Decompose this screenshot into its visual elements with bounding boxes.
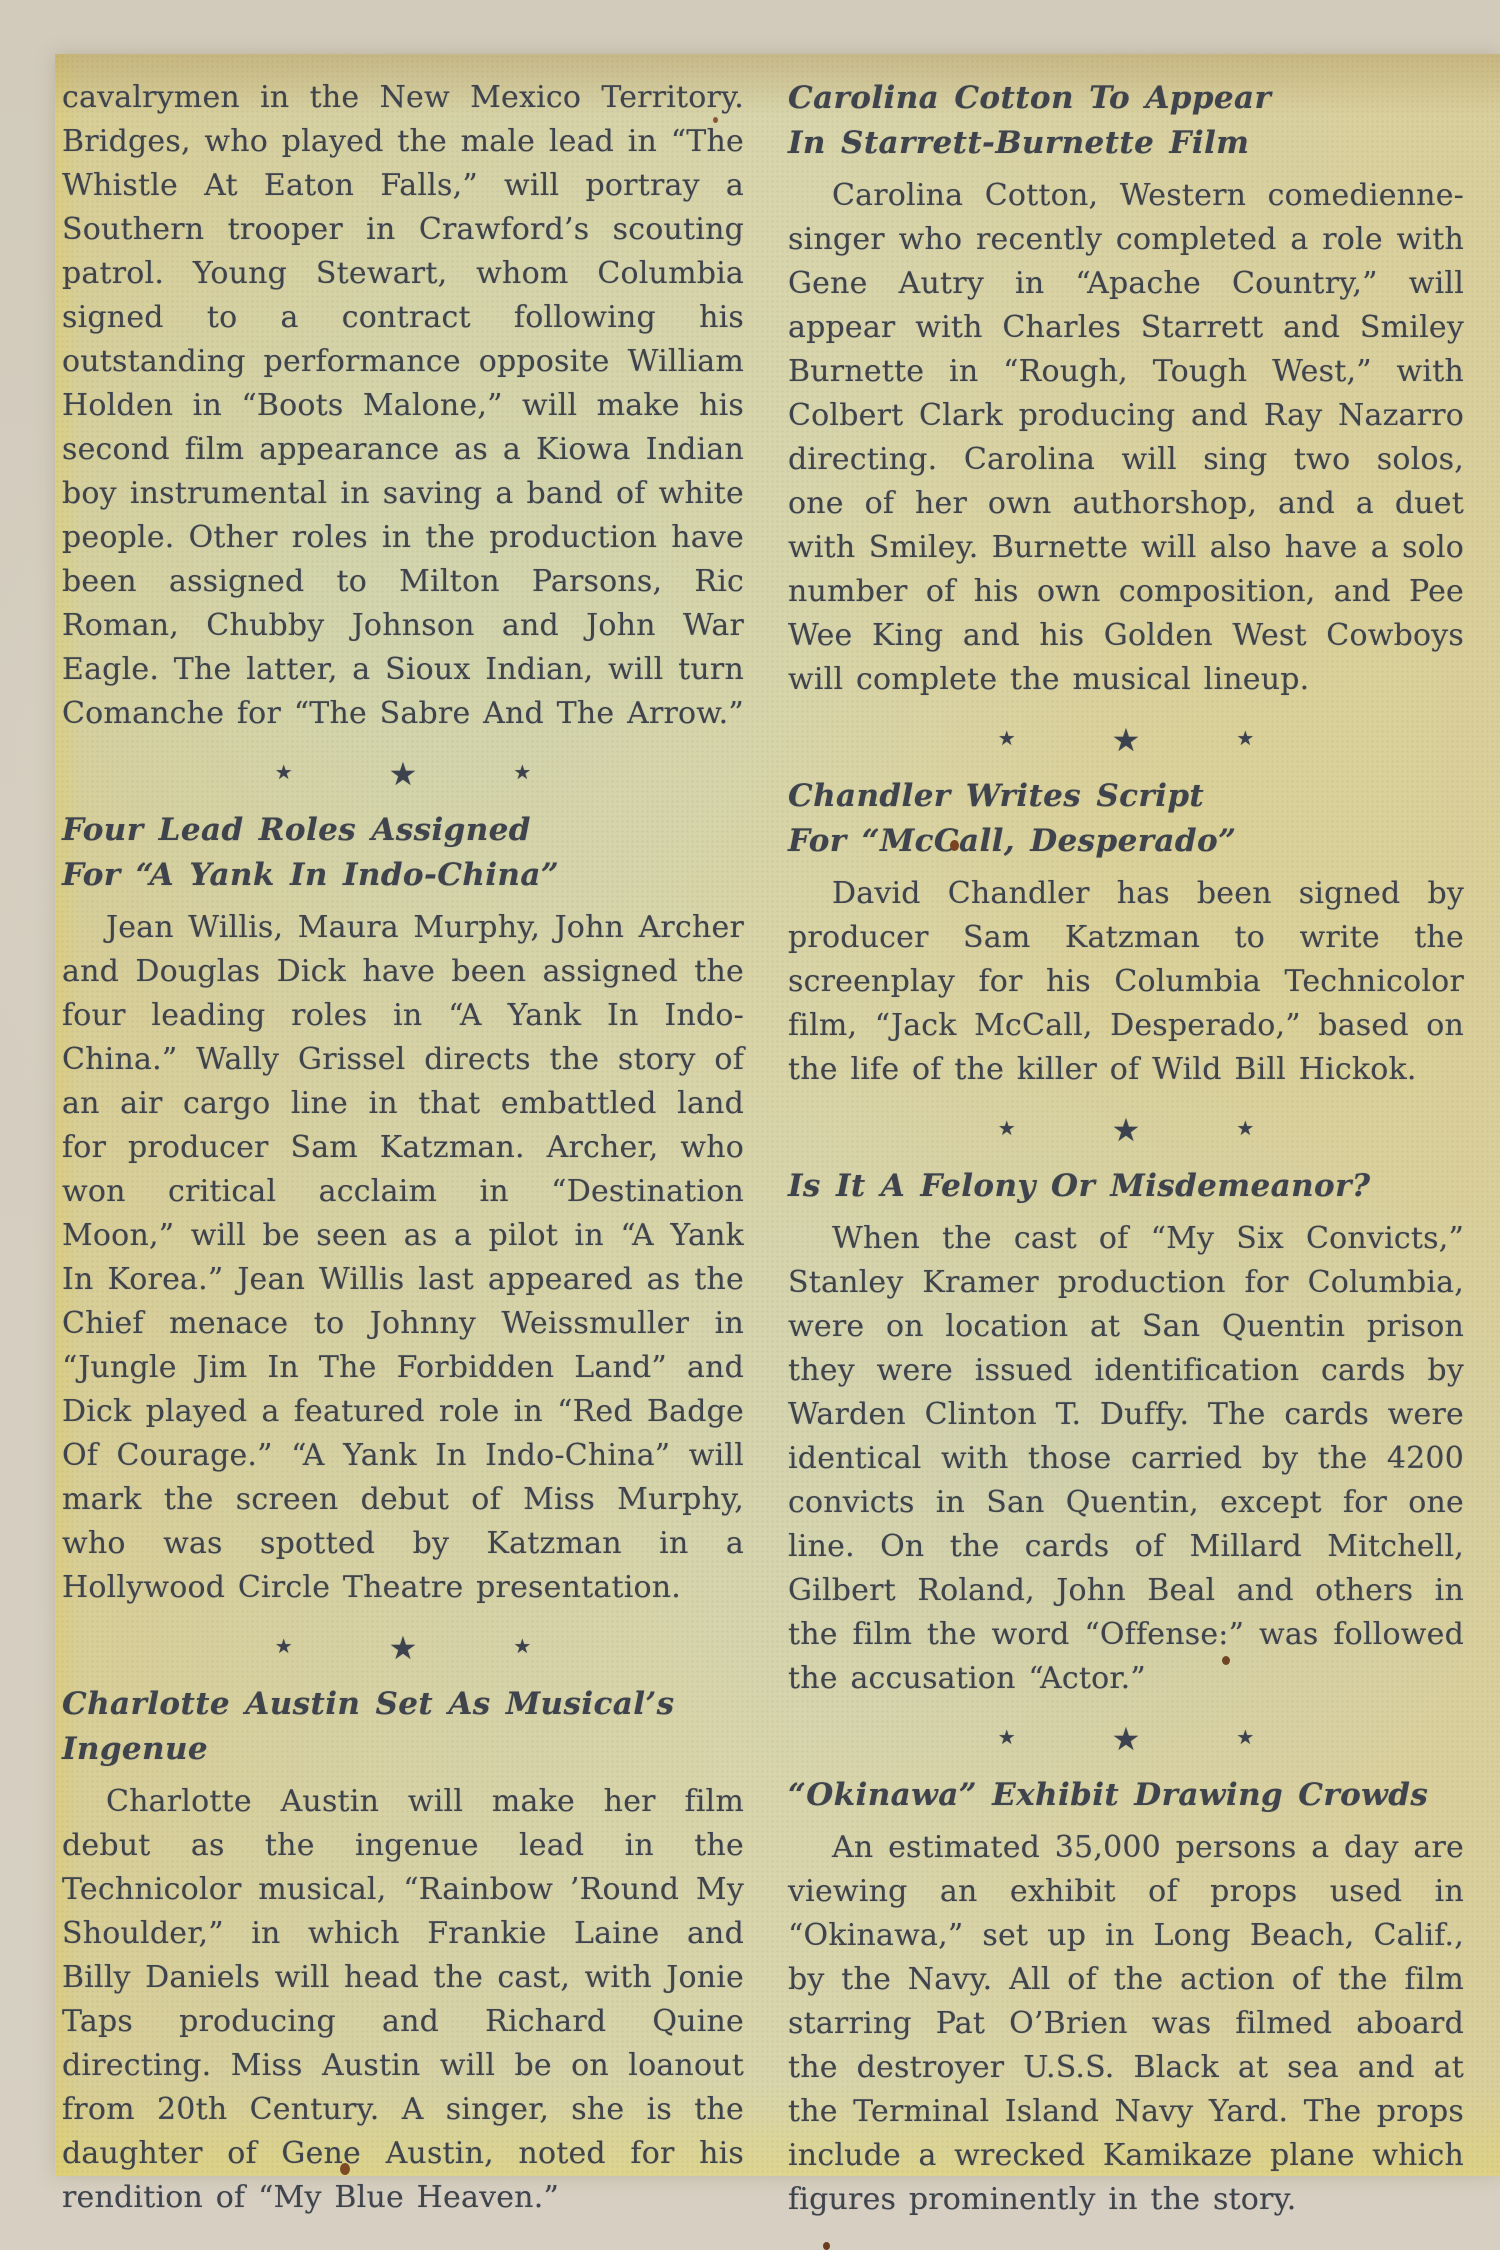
star-icon: ★ bbox=[998, 728, 1016, 748]
headline-line: “Okinawa” Exhibit Drawing Crowds bbox=[788, 1773, 1464, 1818]
star-separator: ★ ★ ★ bbox=[788, 1717, 1464, 1761]
article-section: Is It A Felony Or Misdemeanor? When the … bbox=[788, 1164, 1464, 1701]
article-section: Carolina Cotton To Appear In Starrett-Bu… bbox=[788, 76, 1464, 702]
star-icon: ★ bbox=[513, 762, 531, 782]
article-paragraph: An estimated 35,000 persons a day are vi… bbox=[788, 1826, 1464, 2222]
star-separator: ★ ★ ★ bbox=[788, 718, 1464, 762]
star-separator: ★ ★ ★ bbox=[62, 1626, 744, 1670]
headline-line: Four Lead Roles Assigned bbox=[62, 808, 744, 853]
star-icon: ★ bbox=[275, 762, 293, 782]
magazine-page: { "page": { "kind": "vintage film trade … bbox=[0, 0, 1500, 2250]
article-section: Four Lead Roles Assigned For “A Yank In … bbox=[62, 808, 744, 1610]
article-headline: Chandler Writes Script For “McCall, Desp… bbox=[788, 774, 1464, 864]
article-paragraph: When the cast of “My Six Convicts,” Stan… bbox=[788, 1217, 1464, 1701]
article-headline: “Okinawa” Exhibit Drawing Crowds bbox=[788, 1773, 1464, 1818]
article-headline: Carolina Cotton To Appear In Starrett-Bu… bbox=[788, 76, 1464, 166]
star-icon: ★ bbox=[998, 1727, 1016, 1747]
article-headline: Four Lead Roles Assigned For “A Yank In … bbox=[62, 808, 744, 898]
star-icon: ★ bbox=[275, 1636, 293, 1656]
headline-line: Charlotte Austin Set As Musical’s Ingenu… bbox=[62, 1682, 744, 1772]
right-column: Carolina Cotton To Appear In Starrett-Bu… bbox=[788, 76, 1464, 2222]
star-separator: ★ ★ ★ bbox=[62, 752, 744, 796]
headline-line: For “A Yank In Indo-China” bbox=[62, 853, 744, 898]
star-icon: ★ bbox=[1112, 1723, 1141, 1755]
continuation-paragraph: cavalrymen in the New Mexico Territory. … bbox=[62, 76, 744, 736]
star-icon: ★ bbox=[1236, 728, 1254, 748]
left-column: cavalrymen in the New Mexico Territory. … bbox=[62, 76, 744, 2220]
star-icon: ★ bbox=[1236, 1727, 1254, 1747]
article-section: “Okinawa” Exhibit Drawing Crowds An esti… bbox=[788, 1773, 1464, 2222]
headline-line: Chandler Writes Script bbox=[788, 774, 1464, 819]
star-icon: ★ bbox=[389, 1632, 418, 1664]
article-headline: Is It A Felony Or Misdemeanor? bbox=[788, 1164, 1464, 1209]
star-icon: ★ bbox=[1236, 1118, 1254, 1138]
article-headline: Charlotte Austin Set As Musical’s Ingenu… bbox=[62, 1682, 744, 1772]
star-separator: ★ ★ ★ bbox=[788, 1108, 1464, 1152]
article-paragraph: David Chandler has been signed by produc… bbox=[788, 872, 1464, 1092]
star-icon: ★ bbox=[1112, 724, 1141, 756]
headline-line: Carolina Cotton To Appear bbox=[788, 76, 1464, 121]
article-section: Charlotte Austin Set As Musical’s Ingenu… bbox=[62, 1682, 744, 2220]
paper-speck bbox=[823, 2242, 830, 2250]
headline-line: For “McCall, Desperado” bbox=[788, 819, 1464, 864]
article-paragraph: Charlotte Austin will make her film debu… bbox=[62, 1780, 744, 2220]
headline-line: In Starrett-Burnette Film bbox=[788, 121, 1464, 166]
star-icon: ★ bbox=[998, 1118, 1016, 1138]
article-section: Chandler Writes Script For “McCall, Desp… bbox=[788, 774, 1464, 1092]
article-paragraph: Jean Willis, Maura Murphy, John Archer a… bbox=[62, 906, 744, 1610]
article-paragraph: Carolina Cotton, Western comedienne-sing… bbox=[788, 174, 1464, 702]
star-icon: ★ bbox=[389, 758, 418, 790]
star-icon: ★ bbox=[1112, 1114, 1141, 1146]
headline-line: Is It A Felony Or Misdemeanor? bbox=[788, 1164, 1464, 1209]
star-icon: ★ bbox=[513, 1636, 531, 1656]
